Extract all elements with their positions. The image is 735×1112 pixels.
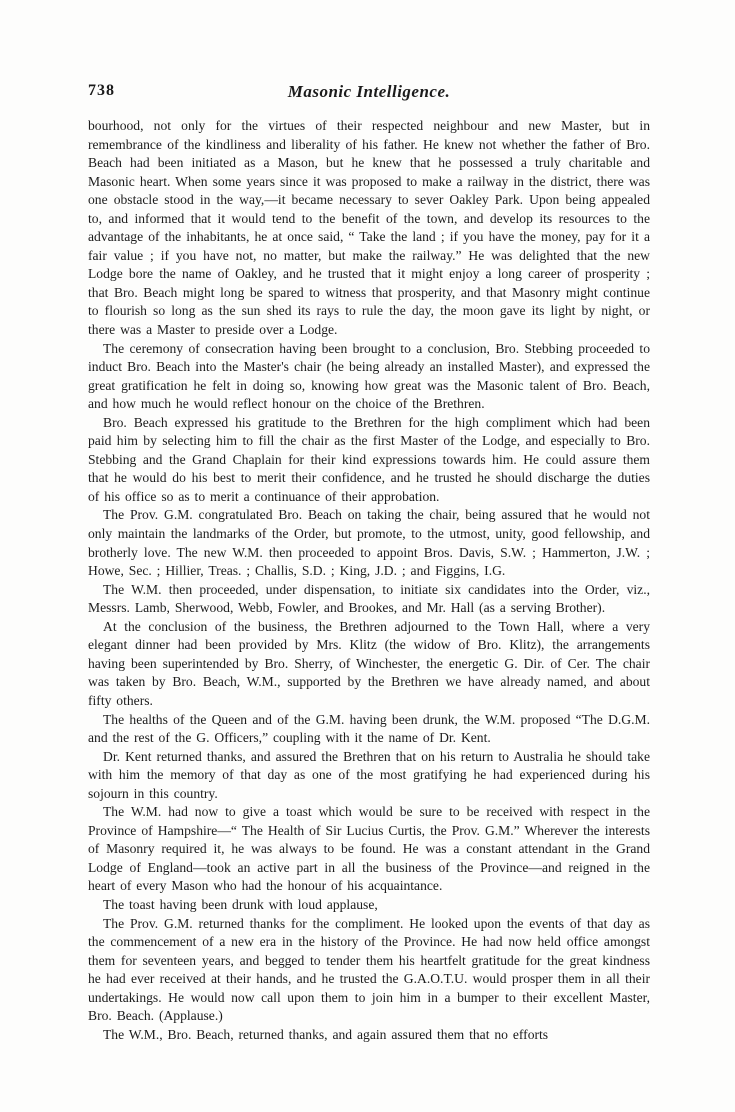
running-title: Masonic Intelligence.	[88, 82, 650, 102]
page-content: 738 Masonic Intelligence. bourhood, not …	[88, 82, 650, 1044]
page-body: bourhood, not only for the virtues of th…	[88, 117, 650, 1044]
paragraph: The Prov. G.M. congratulated Bro. Beach …	[88, 506, 650, 580]
paragraph: bourhood, not only for the virtues of th…	[88, 117, 650, 340]
paragraph: The ceremony of consecration having been…	[88, 340, 650, 414]
paragraph: The W.M. had now to give a toast which w…	[88, 803, 650, 896]
paragraph: The W.M. then proceeded, under dispensat…	[88, 581, 650, 618]
page-number: 738	[88, 82, 115, 100]
paragraph: At the conclusion of the business, the B…	[88, 618, 650, 711]
document-page: 738 Masonic Intelligence. bourhood, not …	[0, 0, 735, 1112]
paragraph: The W.M., Bro. Beach, returned thanks, a…	[88, 1026, 650, 1045]
paragraph: Bro. Beach expressed his gratitude to th…	[88, 414, 650, 507]
paragraph: Dr. Kent returned thanks, and assured th…	[88, 748, 650, 804]
paragraph: The Prov. G.M. returned thanks for the c…	[88, 915, 650, 1026]
page-header: 738 Masonic Intelligence.	[88, 82, 650, 104]
paragraph: The toast having been drunk with loud ap…	[88, 896, 650, 915]
paragraph: The healths of the Queen and of the G.M.…	[88, 711, 650, 748]
